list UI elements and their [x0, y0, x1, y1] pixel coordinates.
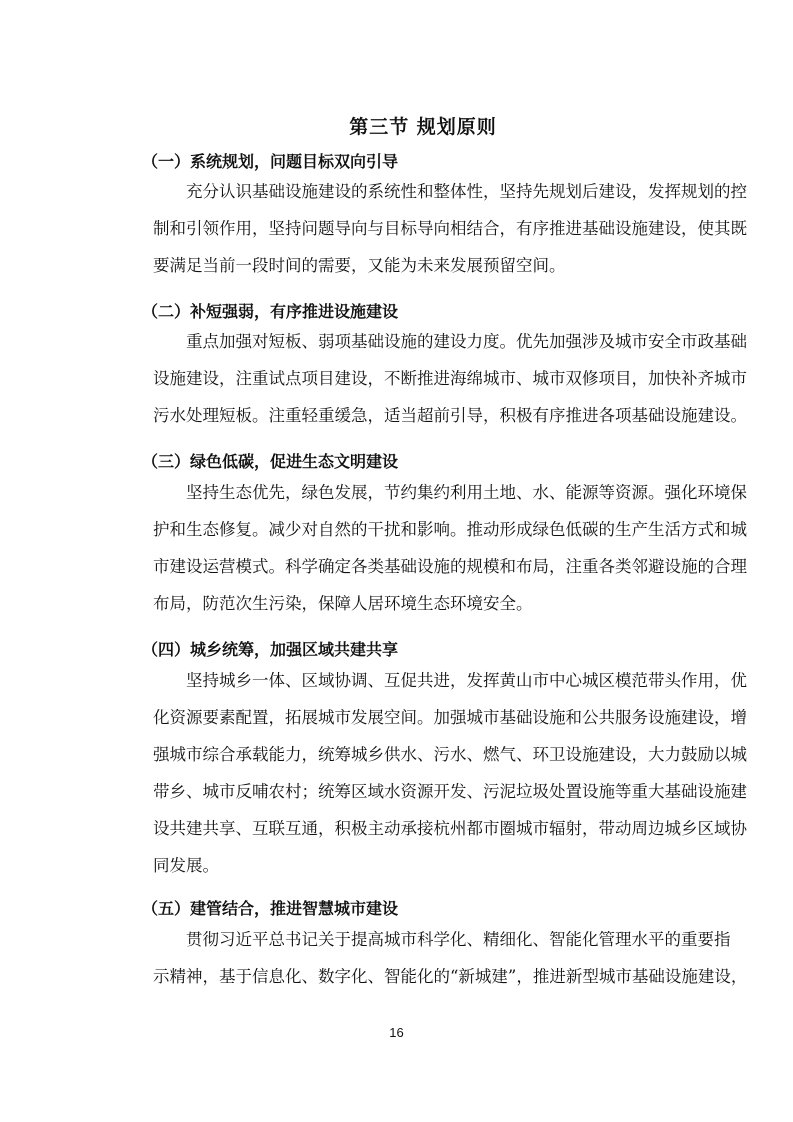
paragraph-line: 护和生态修复。减少对自然的干扰和影响。推动形成绿色低碳的生产生活方式和城 [120, 511, 726, 548]
section-title: 第三节 规划原则 [120, 112, 726, 139]
principle-paragraph-2: 重点加强对短板、弱项基础设施的建设力度。优先加强涉及城市安全市政基础 设施建设，… [120, 323, 726, 434]
paragraph-line: 要满足当前一段时间的需要，又能为未来发展预留空间。 [120, 247, 726, 284]
principle-paragraph-5: 贯彻习近平总书记关于提高城市科学化、精细化、智能化管理水平的重要指 示精神，基于… [120, 921, 726, 995]
paragraph-line: 设共建共享、互联互通，积极主动承接杭州都市圈城市辐射，带动周边城乡区域协 [120, 810, 726, 847]
principle-heading-2: （二）补短强弱，有序推进设施建设 [142, 302, 398, 322]
paragraph-line: 布局，防范次生污染，保障人居环境生态环境安全。 [120, 585, 726, 622]
principle-heading-4: （四）城乡统筹，加强区域共建共享 [142, 640, 398, 660]
principle-paragraph-4: 坚持城乡一体、区域协调、互促共进，发挥黄山市中心城区模范带头作用，优 化资源要素… [120, 662, 726, 884]
paragraph-line: 制和引领作用，坚持问题导向与目标导向相结合，有序推进基础设施建设，使其既 [120, 210, 726, 247]
paragraph-line: 污水处理短板。注重轻重缓急，适当超前引导，积极有序推进各项基础设施建设。 [120, 397, 726, 434]
paragraph-line: 坚持城乡一体、区域协调、互促共进，发挥黄山市中心城区模范带头作用，优 [120, 662, 726, 699]
paragraph-line: 同发展。 [120, 847, 726, 884]
paragraph-line: 带乡、城市反哺农村；统筹区域水资源开发、污泥垃圾处置设施等重大基础设施建 [120, 773, 726, 810]
paragraph-line: 强城市综合承载能力，统筹城乡供水、污水、燃气、环卫设施建设，大力鼓励以城 [120, 736, 726, 773]
principle-heading-5: （五）建管结合，推进智慧城市建设 [142, 899, 398, 919]
principle-heading-3: （三）绿色低碳，促进生态文明建设 [142, 452, 398, 472]
principle-paragraph-3: 坚持生态优先，绿色发展，节约集约利用土地、水、能源等资源。强化环境保 护和生态修… [120, 474, 726, 622]
paragraph-line: 设施建设，注重试点项目建设，不断推进海绵城市、城市双修项目，加快补齐城市 [120, 360, 726, 397]
paragraph-line: 市建设运营模式。科学确定各类基础设施的规模和布局，注重各类邻避设施的合理 [120, 548, 726, 585]
paragraph-line: 示精神，基于信息化、数字化、智能化的“新城建”，推进新型城市基础设施建设， [120, 958, 726, 995]
principle-heading-1: （一）系统规划，问题目标双向引导 [142, 152, 398, 172]
principle-paragraph-1: 充分认识基础设施建设的系统性和整体性，坚持先规划后建设，发挥规划的控 制和引领作… [120, 173, 726, 284]
paragraph-line: 充分认识基础设施建设的系统性和整体性，坚持先规划后建设，发挥规划的控 [120, 173, 726, 210]
paragraph-line: 化资源要素配置，拓展城市发展空间。加强城市基础设施和公共服务设施建设，增 [120, 699, 726, 736]
paragraph-line: 贯彻习近平总书记关于提高城市科学化、精细化、智能化管理水平的重要指 [120, 921, 726, 958]
page-number: 16 [0, 1025, 793, 1040]
paragraph-line: 坚持生态优先，绿色发展，节约集约利用土地、水、能源等资源。强化环境保 [120, 474, 726, 511]
paragraph-line: 重点加强对短板、弱项基础设施的建设力度。优先加强涉及城市安全市政基础 [120, 323, 726, 360]
